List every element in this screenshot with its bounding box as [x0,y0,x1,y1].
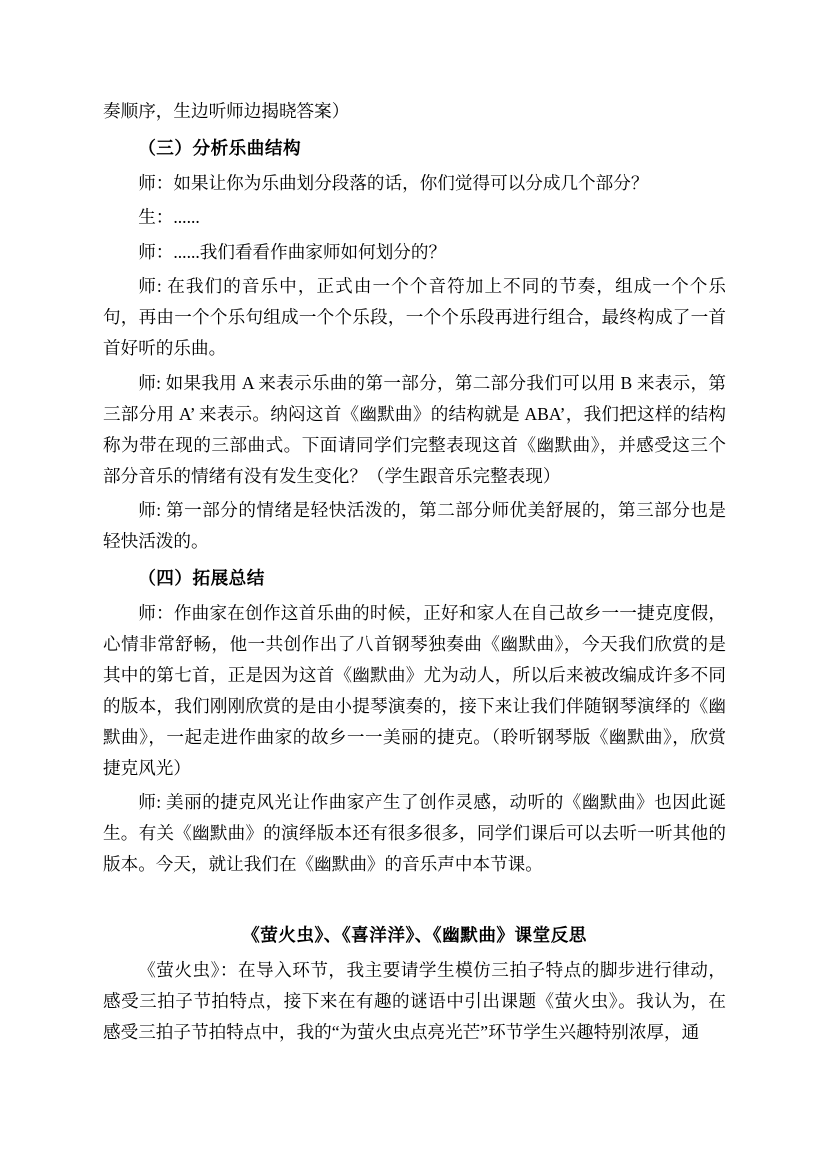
dialogue-teacher-closing: 师: 美丽的捷克风光让作曲家产生了创作灵感，动听的《幽默曲》也因此诞生。有关《幽… [103,787,726,880]
dialogue-teacher-question: 师：如果让你为乐曲划分段落的话，你们觉得可以分成几个部分？ [103,168,726,199]
dialogue-teacher-followup: 师：......我们看看作曲家师如何划分的？ [103,237,726,268]
document-page: 奏顺序，生边听师边揭晓答案） （三）分析乐曲结构 师：如果让你为乐曲划分段落的话… [0,0,827,1170]
reflection-title: 《萤火虫》、《喜洋洋》、《幽默曲》课堂反思 [103,920,726,951]
dialogue-teacher-aba-form: 师: 如果我用 A 来表示乐曲的第一部分，第二部分我们可以用 B 来表示，第三部… [103,368,726,492]
section-heading-3: （三）分析乐曲结构 [103,133,726,164]
dialogue-teacher-mood-summary: 师: 第一部分的情绪是轻快活泼的，第二部分师优美舒展的，第三部分也是轻快活泼的。 [103,495,726,557]
section-heading-4: （四）拓展总结 [103,563,726,594]
dialogue-teacher-composer-story: 师：作曲家在创作这首乐曲的时候，正好和家人在自己故乡一一捷克度假，心情非常舒畅，… [103,598,726,784]
dialogue-teacher-music-structure: 师: 在我们的音乐中，正式由一个个音符加上不同的节奏，组成一个个乐句，再由一个个… [103,271,726,364]
dialogue-student-reply: 生：...... [103,202,726,233]
reflection-paragraph-firefly: 《萤火虫》：在导入环节，我主要请学生模仿三拍子特点的脚步进行律动，感受三拍子节拍… [103,955,726,1048]
paragraph-continuation: 奏顺序，生边听师边揭晓答案） [103,96,726,127]
